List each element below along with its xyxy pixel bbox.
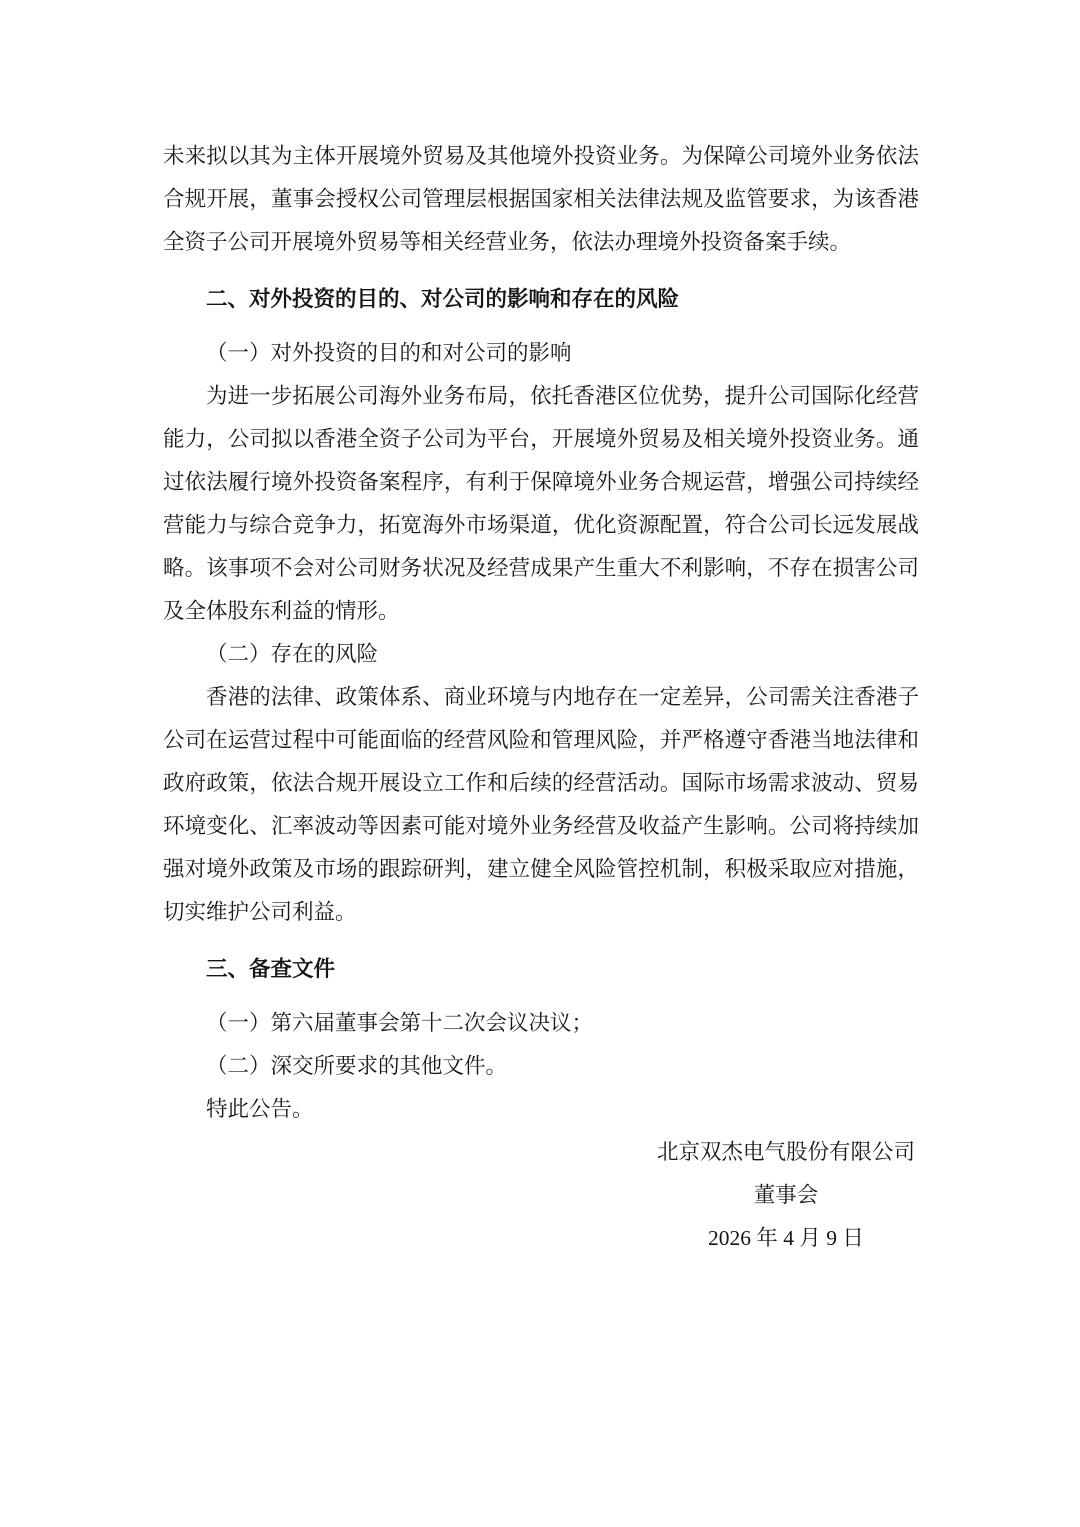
paragraph-continuation: 未来拟以其为主体开展境外贸易及其他境外投资业务。为保障公司境外业务依法合规开展，…	[163, 135, 919, 264]
page-content: 未来拟以其为主体开展境外贸易及其他境外投资业务。为保障公司境外业务依法合规开展，…	[0, 0, 1080, 1260]
section-2-subheading-1: （一）对外投资的目的和对公司的影响	[163, 332, 919, 375]
section-2-paragraph-1: 为进一步拓展公司海外业务布局，依托香港区位优势，提升公司国际化经营能力，公司拟以…	[163, 375, 919, 633]
signature-date: 2026 年 4 月 9 日	[655, 1217, 917, 1260]
announcement-document-page: 未来拟以其为主体开展境外贸易及其他境外投资业务。为保障公司境外业务依法合规开展，…	[0, 0, 1080, 1527]
reference-document-item-1: （一）第六届董事会第十二次会议决议；	[163, 1002, 919, 1045]
section-2-paragraph-2: 香港的法律、政策体系、商业环境与内地存在一定差异，公司需关注香港子公司在运营过程…	[163, 676, 919, 934]
signature-issuer: 董事会	[655, 1174, 917, 1217]
section-3-heading: 三、备查文件	[163, 948, 919, 991]
section-2-heading: 二、对外投资的目的、对公司的影响和存在的风险	[163, 278, 919, 321]
section-2-subheading-2: （二）存在的风险	[163, 633, 919, 676]
signature-company-name: 北京双杰电气股份有限公司	[655, 1131, 917, 1174]
reference-document-item-2: （二）深交所要求的其他文件。	[163, 1045, 919, 1088]
closing-statement: 特此公告。	[163, 1088, 919, 1131]
signature-block: 北京双杰电气股份有限公司 董事会 2026 年 4 月 9 日	[655, 1131, 917, 1260]
